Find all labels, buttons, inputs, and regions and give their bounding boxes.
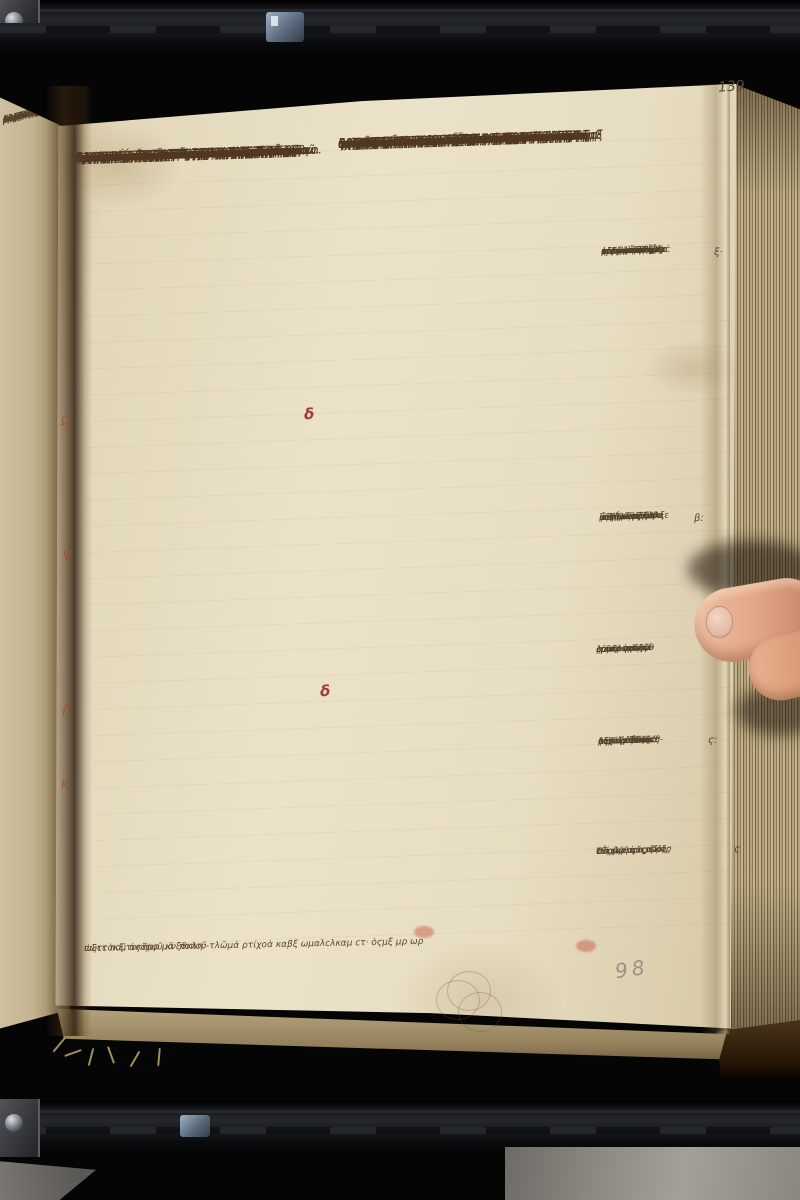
pencil-mark: 98	[613, 955, 649, 983]
red-paragraph-mark: δ	[303, 405, 315, 424]
tailband-thread	[107, 1046, 115, 1064]
tailband-thread	[64, 1049, 82, 1057]
rail-highlight	[0, 9, 800, 12]
cradle-bracket	[0, 1099, 40, 1157]
rail-groove	[0, 26, 800, 33]
margin-reference-mark: ϛ:	[708, 735, 718, 746]
cradle-bracket	[0, 0, 40, 23]
initial-letter: ῥ	[62, 702, 71, 717]
margin-note-line: ϲϑτιὃρ μϲϲϛρ΄	[596, 843, 655, 860]
initial-letter: Κ	[61, 778, 70, 793]
tailband-thread	[157, 1048, 161, 1066]
folio-number: 139	[718, 76, 769, 95]
metal-clamp	[266, 12, 304, 42]
text-layer: τῶπλμᾶ πρῶτομδίκε ταομὶδ ἡμέμιμὶ ἰπῆἰδει…	[75, 126, 664, 985]
metal-clamp	[180, 1115, 210, 1137]
support-cloth-left	[0, 1157, 96, 1200]
rail-highlight	[0, 1110, 800, 1113]
circle-doodle	[447, 971, 491, 1011]
screw-head	[5, 1114, 23, 1132]
initial-letter: ψ	[63, 546, 72, 561]
cradle-top-rail	[0, 0, 800, 54]
margin-note-line: ϛωκϲλ ρουνι΄·	[596, 641, 653, 657]
margin-reference-mark: ϛ	[734, 844, 740, 855]
margin-note-line: τνϲ πρ:-	[601, 244, 634, 259]
tailband-thread	[52, 1037, 65, 1052]
rail-groove	[0, 1127, 800, 1134]
clamp-glint	[271, 16, 278, 26]
margin-note-line: ϑϛχωρί ϑϲοὶπϑ:-	[598, 734, 663, 750]
margin-reference-mark: ξ·	[714, 247, 723, 258]
manuscript-photo: ϲϑωλϲ ωρϑϲ ϑμραἀπρϲϑ ϲωλμ ϲξρλαϑμωδϑ ϲρξ…	[0, 0, 800, 1200]
support-cloth-right	[505, 1147, 800, 1200]
cradle-bottom-rail	[0, 1101, 800, 1153]
red-ink-smudge	[576, 940, 596, 952]
screw-head	[5, 12, 23, 23]
tailband-thread	[88, 1048, 95, 1066]
initial-letter: Ω	[61, 414, 71, 429]
fingernail	[706, 606, 733, 638]
red-paragraph-mark: δ	[319, 682, 331, 701]
red-ink-smudge	[414, 926, 434, 938]
tailband-thread	[130, 1051, 141, 1068]
margin-reference-mark: β:	[694, 513, 704, 524]
margin-note-line: κατὰλα μμαϑ:·	[599, 509, 659, 525]
